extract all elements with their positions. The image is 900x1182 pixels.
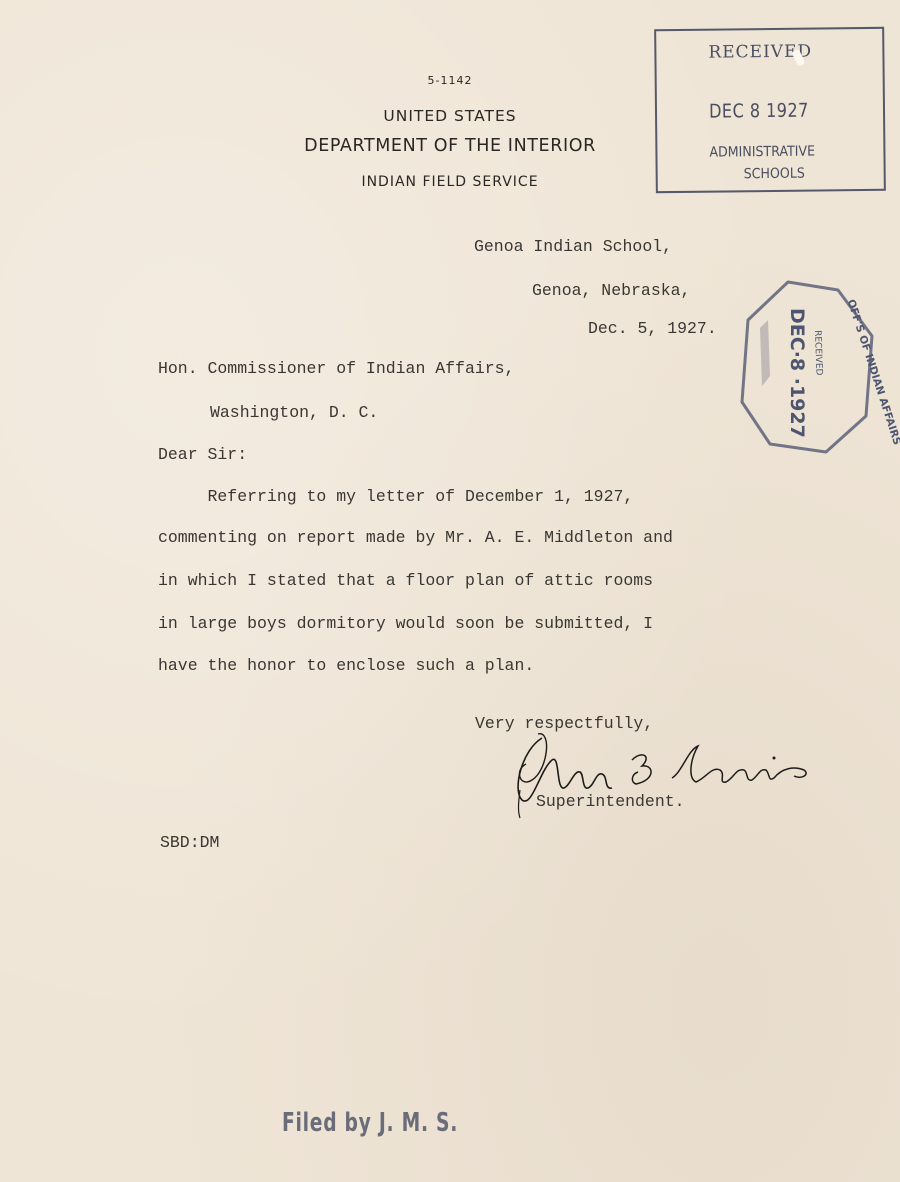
filed-by-stamp: Filed by J. M. S. [282,1108,458,1138]
body-line: commenting on report made by Mr. A. E. M… [158,528,673,547]
office-stamp-date: DEC·8 ·1927 [786,308,808,438]
office-stamp-received: RECEIVED [812,330,824,376]
letterhead-department: DEPARTMENT OF THE INTERIOR [270,136,630,156]
signer-title: Superintendent. [536,792,685,811]
form-number: 5-1142 [420,74,480,87]
received-stamp-dept-line2: SCHOOLS [744,166,805,183]
office-indian-affairs-stamp: OFF'S OF INDIAN AFFAIRS RECEIVED DEC·8 ·… [738,276,878,458]
received-stamp-date: DEC 8 1927 [709,100,809,123]
sender-school: Genoa Indian School, [474,237,672,256]
letter-date: Dec. 5, 1927. [588,319,717,338]
sender-city-state: Genoa, Nebraska, [532,281,690,300]
body-line: Referring to my letter of December 1, 19… [158,487,633,506]
body-line: in large boys dormitory would soon be su… [158,614,653,633]
letterhead-united-states: UNITED STATES [330,107,570,125]
recipient-location: Washington, D. C. [210,403,378,422]
reference-initials: SBD:DM [160,833,219,852]
body-line: in which I stated that a floor plan of a… [158,571,653,590]
recipient-name: Hon. Commissioner of Indian Affairs, [158,359,514,378]
body-line: have the honor to enclose such a plan. [158,656,534,675]
salutation: Dear Sir: [158,445,247,464]
letterhead-field-service: INDIAN FIELD SERVICE [320,174,580,190]
received-stamp: RECEIVED DEC 8 1927 ADMINISTRATIVE SCHOO… [654,27,886,193]
received-stamp-dept-line1: ADMINISTRATIVE [709,144,815,161]
